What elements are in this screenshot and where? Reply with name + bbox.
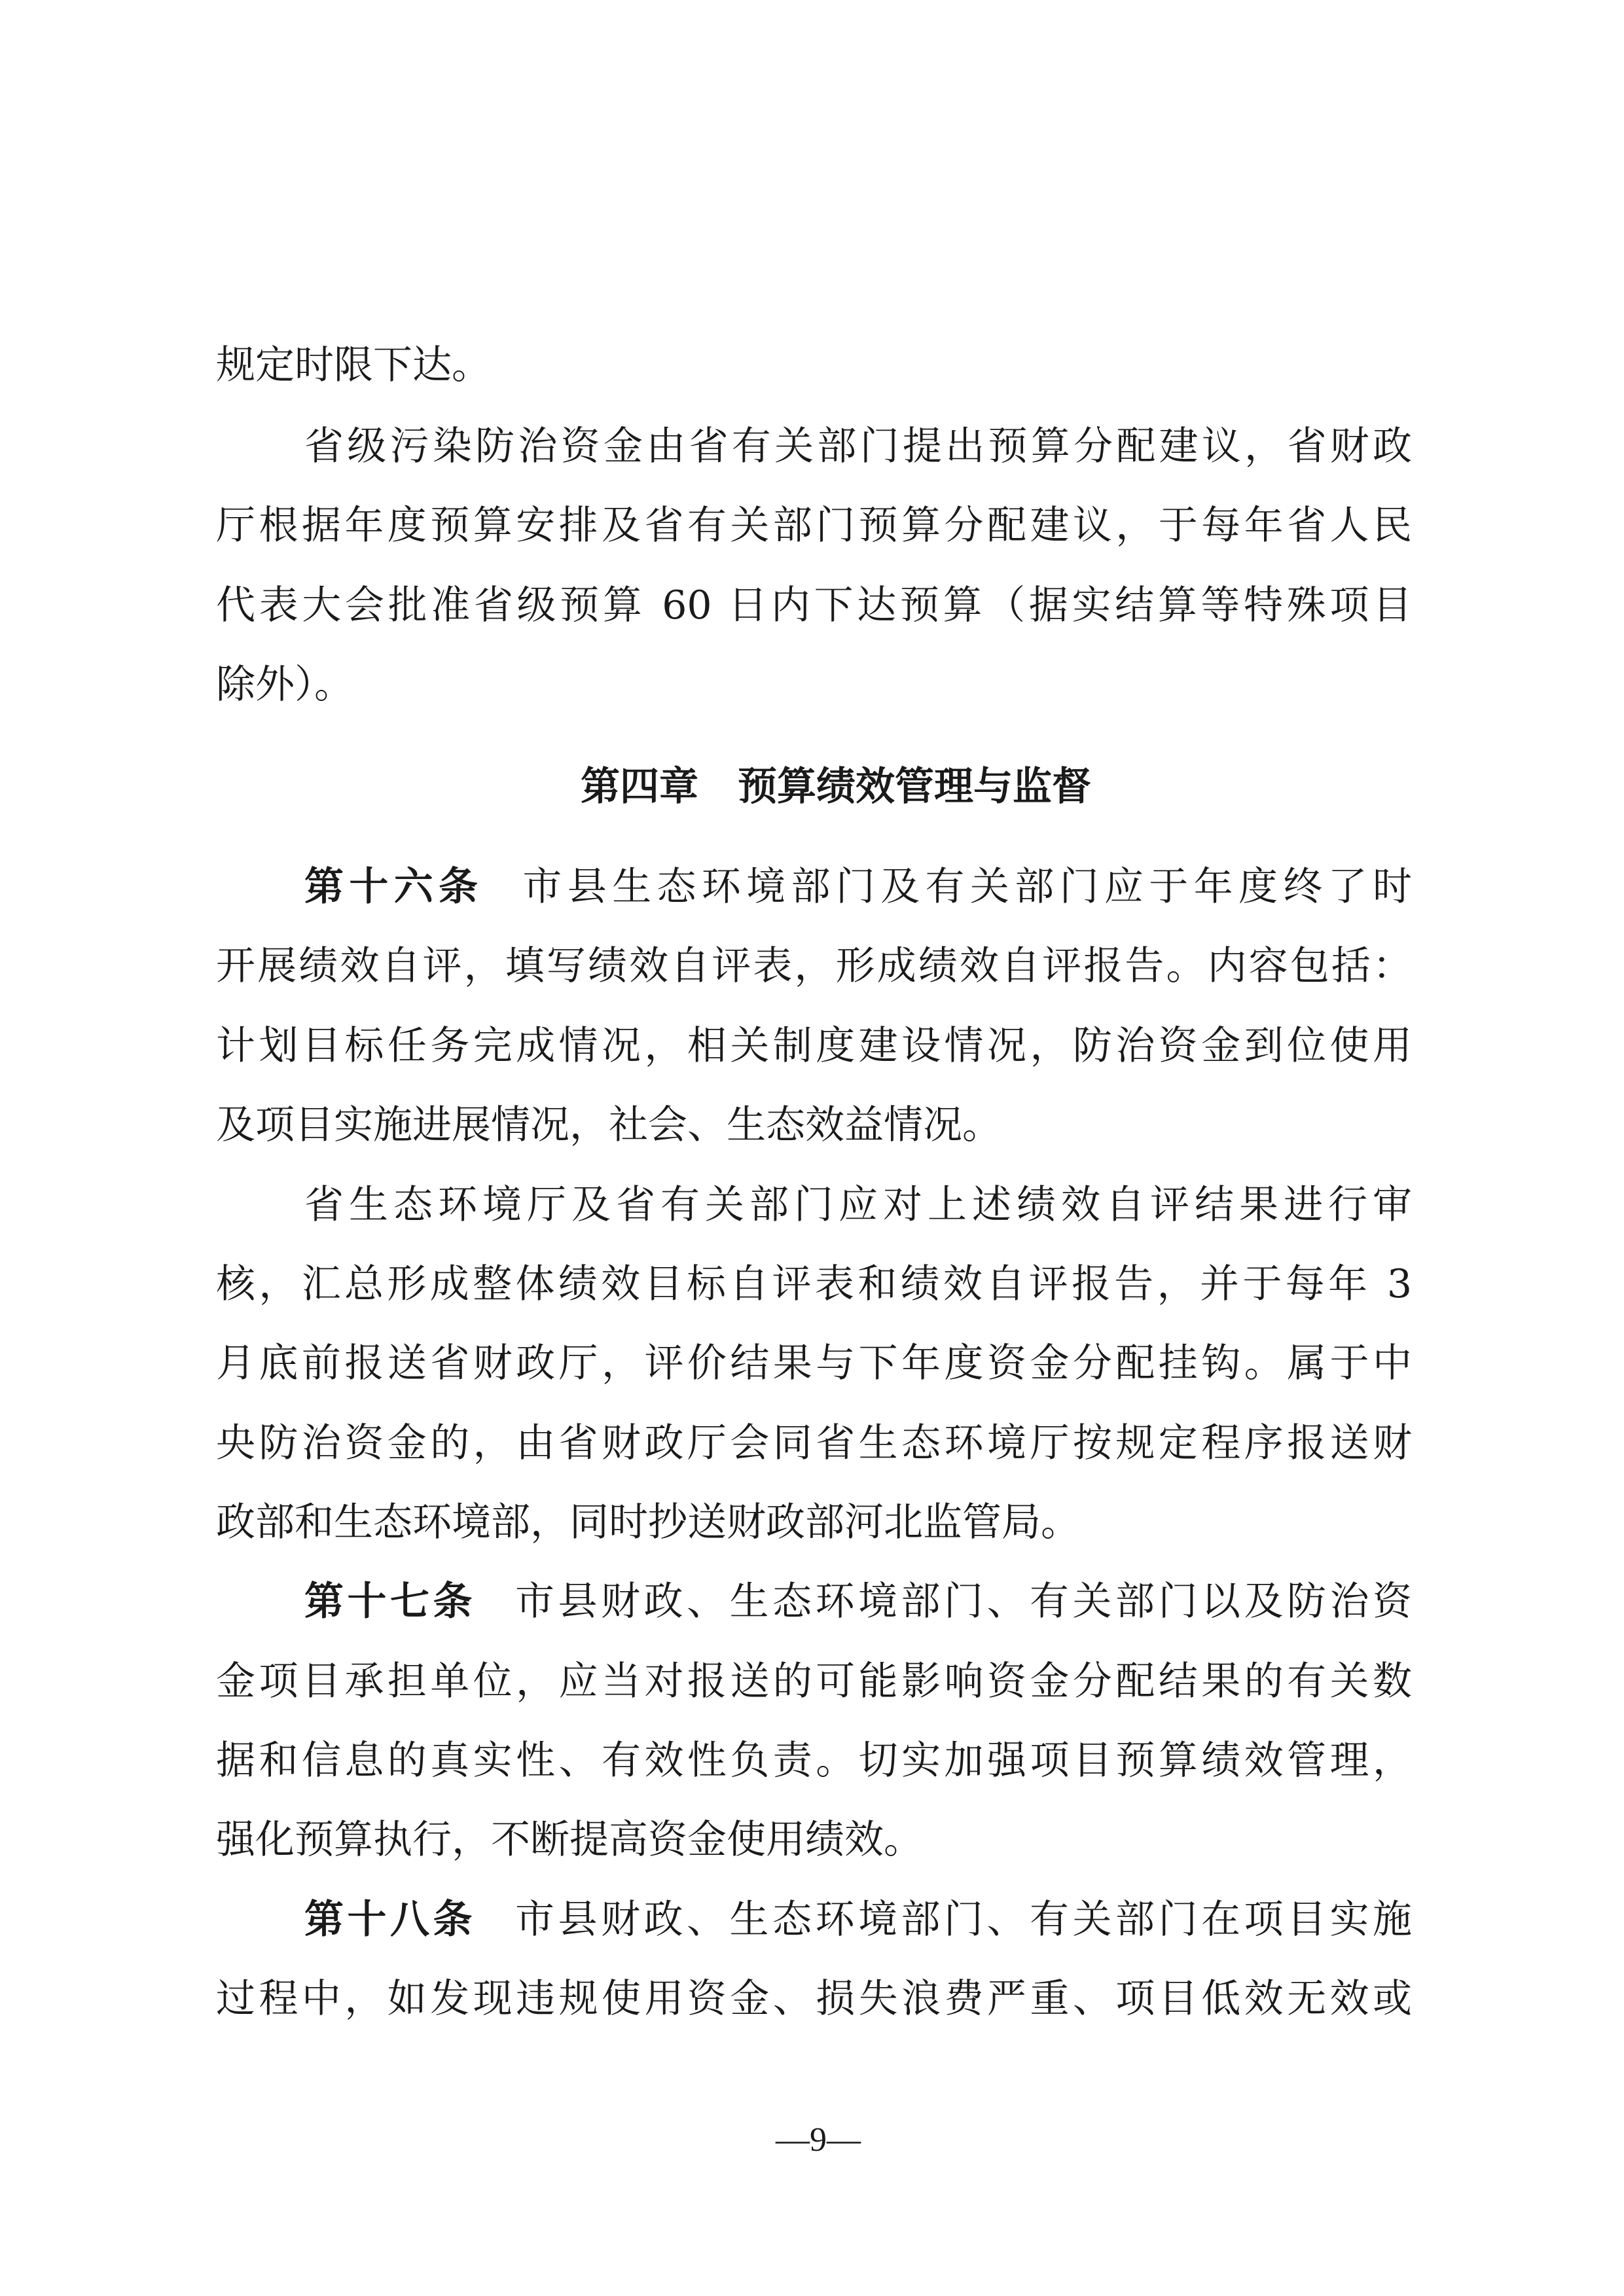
paragraph-line: 代表大会批准省级预算 60 日内下达预算（据实结算等特殊项目 — [216, 582, 1412, 629]
document-page: 规定时限下达。 省级污染防治资金由省有关部门提出预算分配建议，省财政 厅根据年度… — [0, 0, 1624, 2296]
chapter-heading: 第四章预算绩效管理与监督 — [581, 761, 1150, 813]
paragraph-line: 省生态环境厅及省有关部门应对上述绩效自评结果进行审 — [304, 1181, 1412, 1229]
paragraph-line: 月底前报送省财政厅，评价结果与下年度资金分配挂钩。属于中 — [216, 1340, 1412, 1387]
paragraph-line: 厅根据年度预算安排及省有关部门预算分配建议，于每年省人民 — [216, 502, 1412, 549]
paragraph-line: 计划目标任务完成情况，相关制度建设情况，防治资金到位使用 — [216, 1022, 1412, 1069]
paragraph-line: 及项目实施进展情况，社会、生态效益情况。 — [216, 1102, 1412, 1149]
paragraph-line: 规定时限下达。 — [216, 342, 1412, 389]
chapter-title: 预算绩效管理与监督 — [738, 764, 1091, 810]
article-label: 第十七条 — [304, 1579, 476, 1624]
article-18-first-line: 第十八条市县财政、生态环境部门、有关部门在项目实施 — [304, 1896, 1412, 1943]
chapter-number: 第四章 — [581, 764, 698, 810]
paragraph-line: 央防治资金的，由省财政厅会同省生态环境厅按规定程序报送财 — [216, 1420, 1412, 1467]
paragraph-line: 金项目承担单位，应当对报送的可能影响资金分配结果的有关数 — [216, 1658, 1412, 1705]
paragraph-line: 除外）。 — [216, 661, 1412, 708]
paragraph-line: 过程中，如发现违规使用资金、损失浪费严重、项目低效无效或 — [216, 1975, 1412, 2022]
article-label: 第十八条 — [304, 1897, 476, 1943]
paragraph-line: 强化预算执行，不断提高资金使用绩效。 — [216, 1816, 1412, 1863]
article-text: 市县财政、生态环境部门、有关部门以及防治资 — [515, 1579, 1412, 1624]
article-16-first-line: 第十六条市县生态环境部门及有关部门应于年度终了时 — [304, 863, 1412, 910]
paragraph-line: 据和信息的真实性、有效性负责。切实加强项目预算绩效管理， — [216, 1737, 1412, 1784]
paragraph-line: 省级污染防治资金由省有关部门提出预算分配建议，省财政 — [304, 423, 1412, 470]
article-text: 市县财政、生态环境部门、有关部门在项目实施 — [515, 1897, 1412, 1943]
paragraph-line: 政部和生态环境部，同时抄送财政部河北监管局。 — [216, 1499, 1412, 1546]
page-number: —9— — [746, 2121, 890, 2160]
article-label: 第十六条 — [304, 864, 483, 910]
paragraph-line: 开展绩效自评，填写绩效自评表，形成绩效自评报告。内容包括： — [216, 942, 1412, 990]
article-17-first-line: 第十七条市县财政、生态环境部门、有关部门以及防治资 — [304, 1578, 1412, 1625]
article-text: 市县生态环境部门及有关部门应于年度终了时 — [522, 864, 1412, 910]
paragraph-line: 核，汇总形成整体绩效目标自评表和绩效自评报告，并于每年 3 — [216, 1261, 1412, 1308]
